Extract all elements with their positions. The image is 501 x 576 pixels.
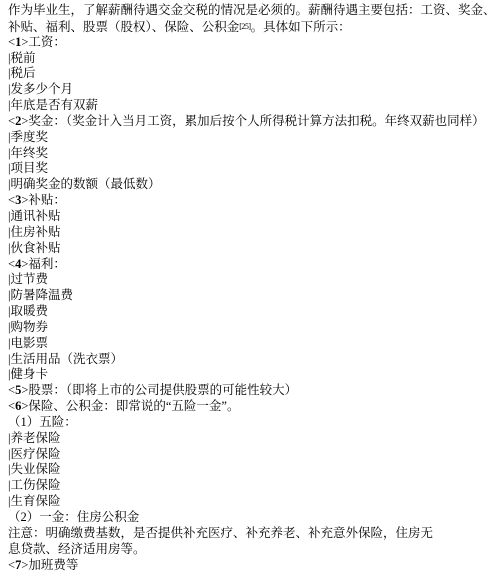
text-line: <2>奖金：（奖金计入当月工资，累加后按个人所得税计算方法扣税。年终双薪也同样） — [8, 114, 493, 130]
text-segment: |季度奖 — [8, 130, 48, 144]
text-segment: < — [8, 193, 15, 207]
text-segment: |电影票 — [8, 336, 48, 350]
text-line: |税后 — [8, 66, 493, 82]
text-line: |电影票 — [8, 336, 493, 352]
text-segment: >工资： — [21, 35, 66, 49]
text-segment: |取暖费 — [8, 304, 48, 318]
text-segment: < — [8, 114, 15, 128]
text-line: |医疗保险 — [8, 447, 493, 463]
text-line: <7>加班费等 — [8, 558, 493, 574]
text-line: |工伤保险 — [8, 478, 493, 494]
text-segment: |项目奖 — [8, 161, 48, 175]
text-segment: |防暑降温费 — [8, 288, 73, 302]
text-segment: 息贷款、经济适用房等。 — [8, 542, 146, 556]
text-segment: < — [8, 383, 15, 397]
text-segment: < — [8, 35, 15, 49]
text-segment: |明确奖金的数额（最低数） — [8, 177, 161, 191]
citation-superscript: [25] — [239, 22, 250, 31]
text-segment: < — [8, 558, 15, 572]
text-segment: |年终奖 — [8, 146, 48, 160]
text-line: |通讯补贴 — [8, 209, 493, 225]
text-line: <1>工资： — [8, 35, 493, 51]
text-segment: >保险、公积金：即常说的“五险一金”。 — [21, 399, 239, 413]
text-segment: 作为毕业生，了解薪酬待遇交金交税的情况是必须的。薪酬待遇主要包括：工资、奖金、 — [8, 3, 496, 17]
text-segment: >加班费等 — [21, 558, 78, 572]
text-segment: （2）一金：住房公积金 — [8, 510, 139, 524]
text-line: |年终奖 — [8, 146, 493, 162]
text-line: 补贴、福利、股票（股权）、保险、公积金[25]。具体如下所示： — [8, 19, 493, 35]
text-line: |明确奖金的数额（最低数） — [8, 177, 493, 193]
text-line: <4>福利： — [8, 257, 493, 273]
text-segment: |失业保险 — [8, 462, 61, 476]
text-segment: |税后 — [8, 66, 36, 80]
text-line: <6>保险、公积金：即常说的“五险一金”。 — [8, 399, 493, 415]
text-line: |防暑降温费 — [8, 288, 493, 304]
text-line: |过节费 — [8, 272, 493, 288]
text-line: （2）一金：住房公积金 — [8, 510, 493, 526]
text-line: |生活用品（洗衣票） — [8, 352, 493, 368]
text-line: |取暖费 — [8, 304, 493, 320]
text-segment: < — [8, 257, 15, 271]
text-segment: >奖金：（奖金计入当月工资，累加后按个人所得税计算方法扣税。年终双薪也同样） — [21, 114, 484, 128]
text-segment: （1）五险： — [8, 415, 77, 429]
text-segment: |生育保险 — [8, 494, 61, 508]
text-segment: |发多少个月 — [8, 82, 73, 96]
text-line: |年底是否有双薪 — [8, 98, 493, 114]
text-segment: |税前 — [8, 51, 36, 65]
text-line: |季度奖 — [8, 130, 493, 146]
text-segment: < — [8, 399, 15, 413]
text-line: <3>补贴： — [8, 193, 493, 209]
text-segment: |伙食补贴 — [8, 241, 61, 255]
text-segment: |健身卡 — [8, 367, 48, 381]
text-line: |伙食补贴 — [8, 241, 493, 257]
text-line: |发多少个月 — [8, 82, 493, 98]
text-line: |税前 — [8, 51, 493, 67]
text-line: 息贷款、经济适用房等。 — [8, 542, 493, 558]
text-line: 注意：明确缴费基数，是否提供补充医疗、补充养老、补充意外保险，住房无 — [8, 526, 493, 542]
text-segment: |年底是否有双薪 — [8, 98, 98, 112]
text-segment: |住房补贴 — [8, 225, 61, 239]
document-body: 作为毕业生，了解薪酬待遇交金交税的情况是必须的。薪酬待遇主要包括：工资、奖金、补… — [0, 0, 501, 576]
text-line: |项目奖 — [8, 161, 493, 177]
text-segment: >福利： — [21, 257, 66, 271]
text-line: |生育保险 — [8, 494, 493, 510]
text-segment: |生活用品（洗衣票） — [8, 352, 123, 366]
text-segment: |养老保险 — [8, 431, 61, 445]
text-line: 作为毕业生，了解薪酬待遇交金交税的情况是必须的。薪酬待遇主要包括：工资、奖金、 — [8, 3, 493, 19]
text-segment: >补贴： — [21, 193, 66, 207]
text-line: （1）五险： — [8, 415, 493, 431]
text-segment: |购物券 — [8, 320, 48, 334]
text-line: |失业保险 — [8, 462, 493, 478]
text-segment: 。具体如下所示： — [251, 20, 351, 34]
text-segment: |通讯补贴 — [8, 209, 61, 223]
text-line: |购物券 — [8, 320, 493, 336]
text-line: |住房补贴 — [8, 225, 493, 241]
text-segment: 注意：明确缴费基数，是否提供补充医疗、补充养老、补充意外保险，住房无 — [8, 526, 433, 540]
text-segment: |医疗保险 — [8, 447, 61, 461]
text-line: <5>股票：（即将上市的公司提供股票的可能性较大） — [8, 383, 493, 399]
text-line: |健身卡 — [8, 367, 493, 383]
text-segment: |过节费 — [8, 272, 48, 286]
text-line: |养老保险 — [8, 431, 493, 447]
text-segment: >股票：（即将上市的公司提供股票的可能性较大） — [21, 383, 297, 397]
text-segment: 补贴、福利、股票（股权）、保险、公积金 — [8, 20, 239, 34]
text-segment: |工伤保险 — [8, 478, 61, 492]
